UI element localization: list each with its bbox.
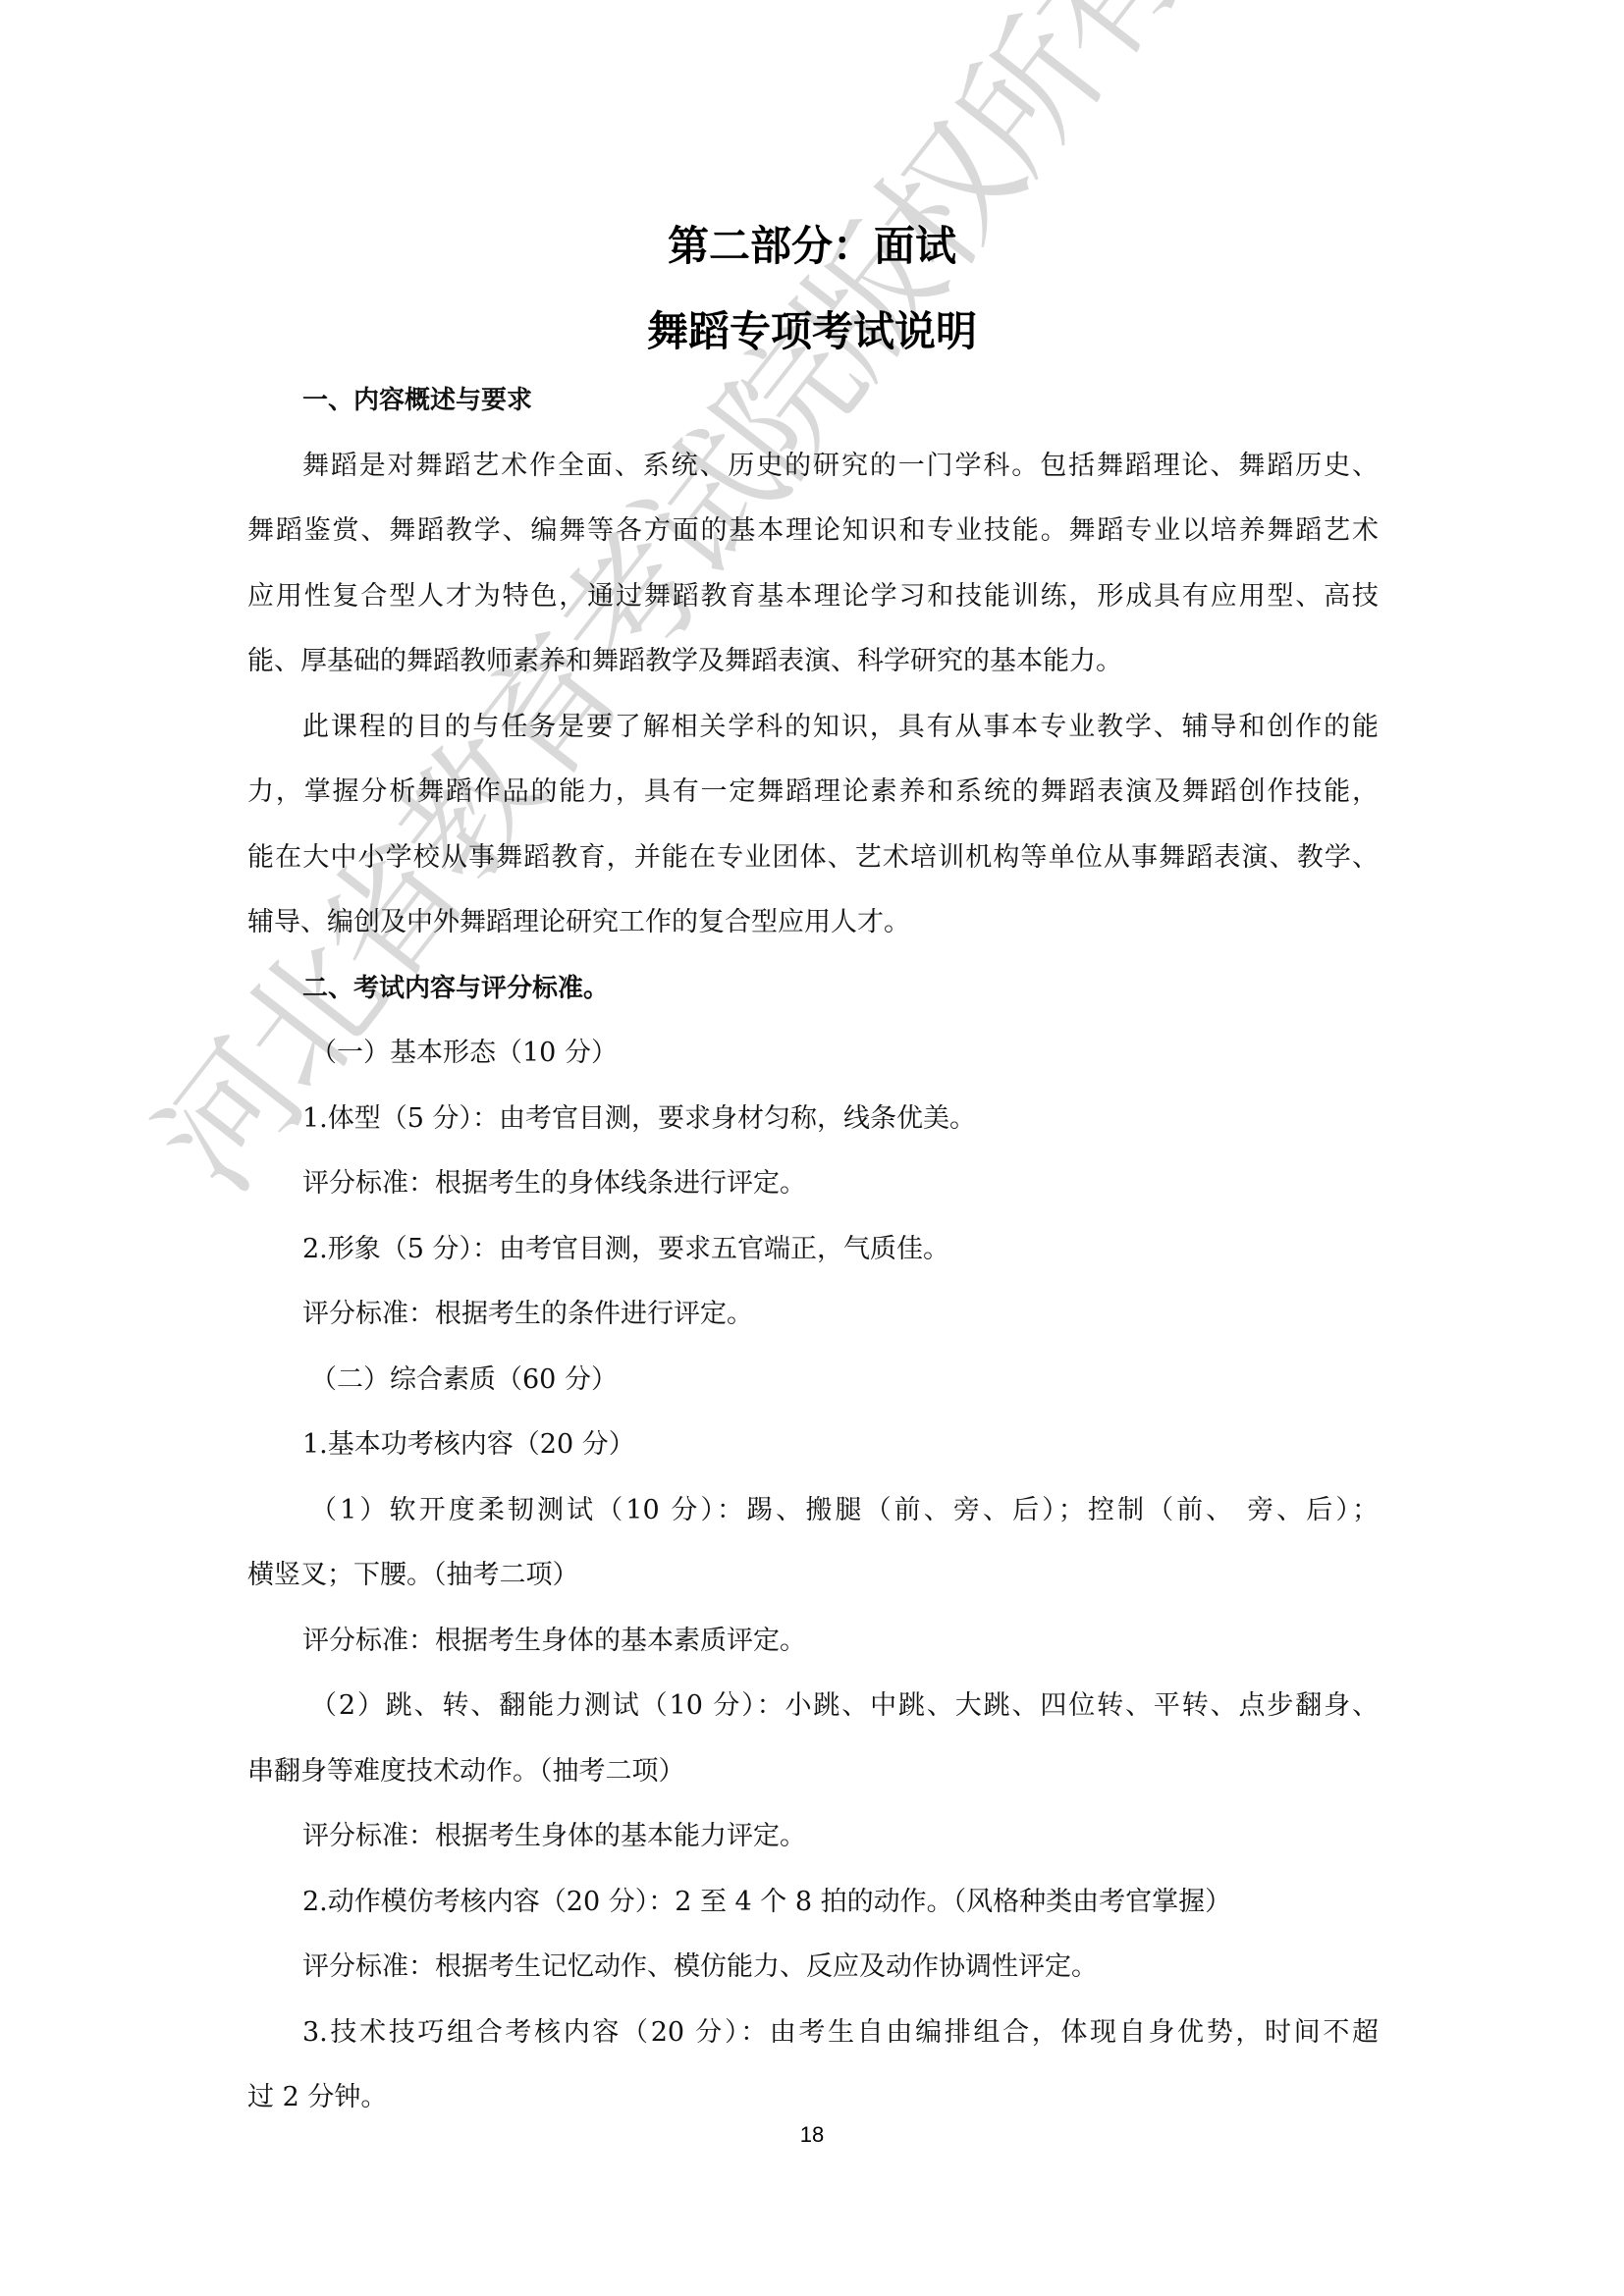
criteria-flexibility: 评分标准：根据考生身体的基本素质评定。 xyxy=(247,1622,1379,1687)
paragraph-line: 此课程的目的与任务是要了解相关学科的知识，具有从事本专业教学、辅导和创作的能 xyxy=(247,708,1379,774)
section-heading-overview: 一、内容概述与要求 xyxy=(247,381,1379,447)
paragraph-line: 舞蹈是对舞蹈艺术作全面、系统、历史的研究的一门学科。包括舞蹈理论、舞蹈历史、 xyxy=(247,447,1379,512)
criteria-imitation: 评分标准：根据考生记忆动作、模仿能力、反应及动作协调性评定。 xyxy=(247,1948,1379,2013)
item-jump-turn-test-cont: 串翻身等难度技术动作。（抽考二项） xyxy=(247,1752,1379,1818)
paragraph-line: 应用性复合型人才为特色，通过舞蹈教育基本理论学习和技能训练，形成具有应用型、高技 xyxy=(247,577,1379,643)
paragraph-line: 辅导、编创及中外舞蹈理论研究工作的复合型应用人才。 xyxy=(247,903,1379,969)
paragraph-line: 能、厚基础的舞蹈教师素养和舞蹈教学及舞蹈表演、科学研究的基本能力。 xyxy=(247,642,1379,708)
item-body-shape: 1.体型（5 分）：由考官目测，要求身材匀称，线条优美。 xyxy=(247,1099,1379,1165)
part-title: 第二部分：面试 xyxy=(0,214,1624,273)
item-appearance: 2.形象（5 分）：由考官目测，要求五官端正，气质佳。 xyxy=(247,1230,1379,1296)
paragraph-line: 舞蹈鉴赏、舞蹈教学、编舞等各方面的基本理论知识和专业技能。舞蹈专业以培养舞蹈艺术 xyxy=(247,511,1379,577)
paragraph-line: 能在大中小学校从事舞蹈教育，并能在专业团体、艺术培训机构等单位从事舞蹈表演、教学… xyxy=(247,838,1379,904)
document-page: 河北省教育考试院版权所有 第二部分：面试 舞蹈专项考试说明 一、内容概述与要求 … xyxy=(0,0,1624,2296)
paragraph-line: 力，掌握分析舞蹈作品的能力，具有一定舞蹈理论素养和系统的舞蹈表演及舞蹈创作技能， xyxy=(247,773,1379,838)
item-flexibility-test: （1）软开度柔韧测试（10 分）：踢、搬腿（前、旁、后）；控制（前、 旁、后）； xyxy=(247,1491,1379,1557)
document-body: 一、内容概述与要求 舞蹈是对舞蹈艺术作全面、系统、历史的研究的一门学科。包括舞蹈… xyxy=(247,381,1379,2144)
document-subtitle: 舞蹈专项考试说明 xyxy=(0,299,1624,358)
item-jump-turn-test: （2）跳、转、翻能力测试（10 分）：小跳、中跳、大跳、四位转、平转、点步翻身、 xyxy=(247,1686,1379,1752)
item-imitation: 2.动作模仿考核内容（20 分）：2 至 4 个 8 拍的动作。（风格种类由考官… xyxy=(247,1883,1379,1949)
item-basic-skill: 1.基本功考核内容（20 分） xyxy=(247,1425,1379,1491)
section-heading-exam: 二、考试内容与评分标准。 xyxy=(247,969,1379,1035)
criteria-jump-turn: 评分标准：根据考生身体的基本能力评定。 xyxy=(247,1817,1379,1883)
subsection-heading-overall-quality: （二）综合素质（60 分） xyxy=(247,1361,1379,1426)
subsection-heading-basic-form: （一）基本形态（10 分） xyxy=(247,1034,1379,1099)
item-technique-combo: 3.技术技巧组合考核内容（20 分）：由考生自由编排组合，体现自身优势，时间不超 xyxy=(247,2013,1379,2079)
criteria-appearance: 评分标准：根据考生的条件进行评定。 xyxy=(247,1295,1379,1361)
item-flexibility-test-cont: 横竖叉；下腰。（抽考二项） xyxy=(247,1556,1379,1622)
criteria-body-shape: 评分标准：根据考生的身体线条进行评定。 xyxy=(247,1164,1379,1230)
page-number: 18 xyxy=(0,2122,1624,2148)
